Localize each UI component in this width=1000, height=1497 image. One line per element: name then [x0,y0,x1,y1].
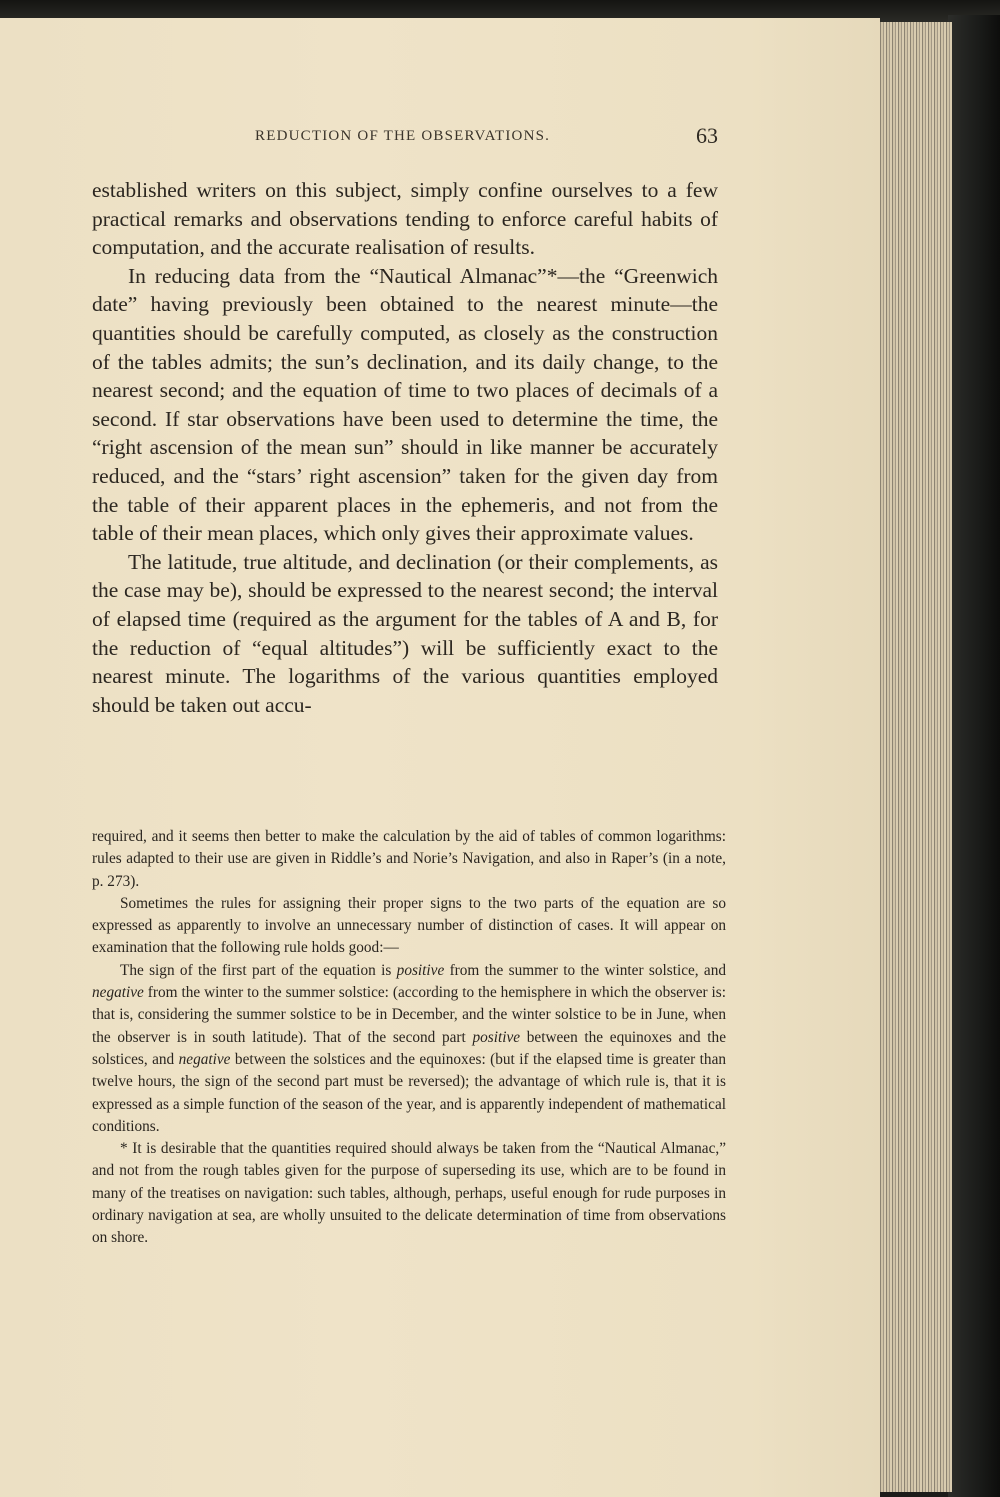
footnote-rule: The sign of the first part of the equati… [92,960,726,1138]
emphasis: negative [179,1051,231,1068]
emphasis: negative [92,984,144,1001]
footnote-asterisk: * It is desirable that the quantities re… [92,1138,726,1249]
paragraph: established writers on this subject, sim… [92,176,718,262]
footnote-paragraph: Sometimes the rules for assigning their … [92,893,726,960]
paragraph: In reducing data from the “Nautical Alma… [92,262,718,548]
page-edges [872,22,952,1492]
paragraph: The latitude, true altitude, and declina… [92,548,718,720]
body-text: established writers on this subject, sim… [92,176,718,719]
running-head: REDUCTION OF THE OBSERVATIONS. [255,128,735,145]
footnote-continued: required, and it seems then better to ma… [92,826,726,893]
emphasis: positive [472,1029,520,1046]
book-cover-right [948,15,1000,1497]
text: The sign of the first part of the equati… [120,962,397,979]
emphasis: positive [397,962,445,979]
text: from the summer to the winter solstice, … [444,962,726,979]
page-number: 63 [696,123,718,149]
footnotes: required, and it seems then better to ma… [92,826,726,1250]
